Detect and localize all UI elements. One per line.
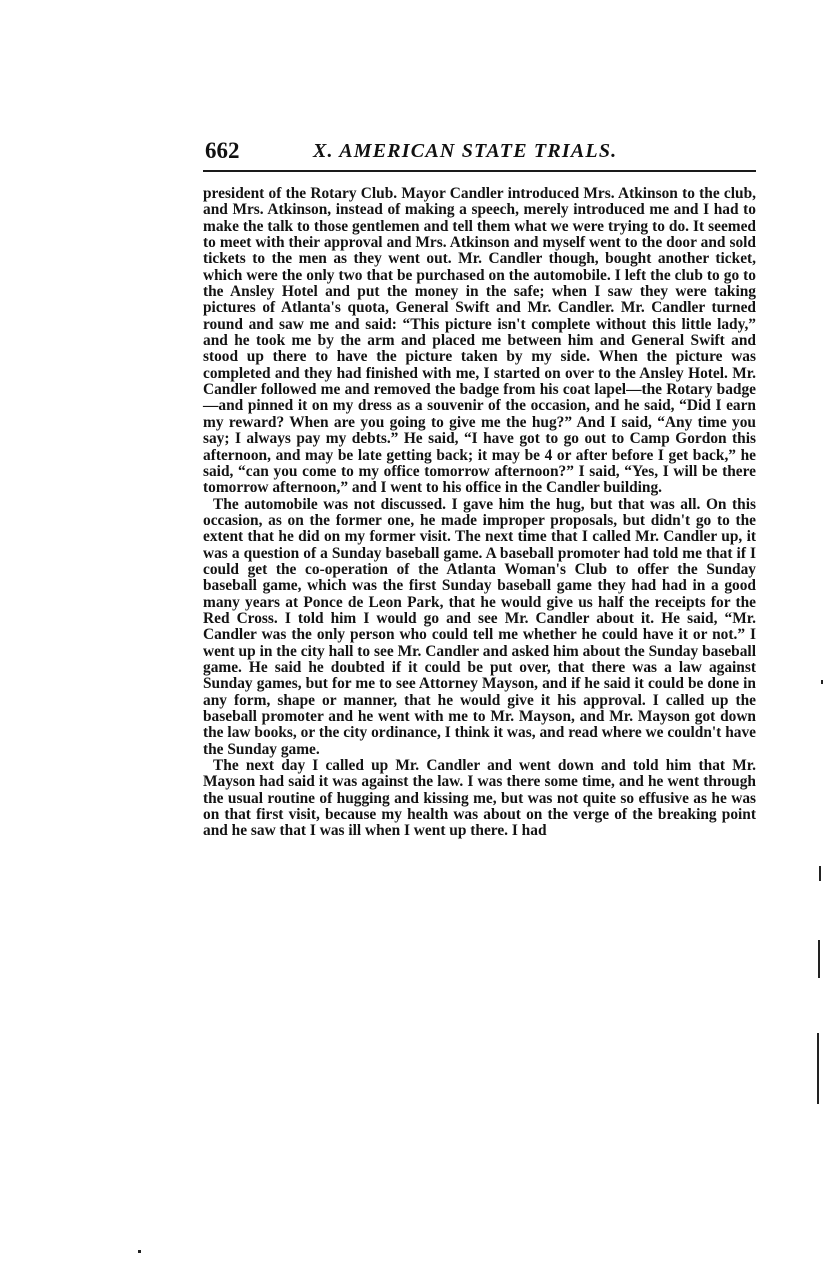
scan-margin-mark — [817, 1033, 819, 1104]
paragraph: The next day I called up Mr. Candler and… — [203, 758, 756, 840]
body-text: president of the Rotary Club. Mayor Cand… — [203, 186, 756, 840]
page-number: 662 — [205, 138, 240, 164]
page-header: 662 X. AMERICAN STATE TRIALS. — [203, 138, 756, 166]
scan-margin-mark — [819, 866, 821, 881]
scan-margin-mark — [818, 940, 820, 978]
scan-dot — [138, 1250, 141, 1253]
header-rule — [203, 170, 756, 172]
scan-margin-mark — [821, 680, 823, 684]
paragraph: The automobile was not discussed. I gave… — [203, 497, 756, 759]
running-head: X. AMERICAN STATE TRIALS. — [313, 140, 617, 163]
paragraph: president of the Rotary Club. Mayor Cand… — [203, 186, 756, 497]
